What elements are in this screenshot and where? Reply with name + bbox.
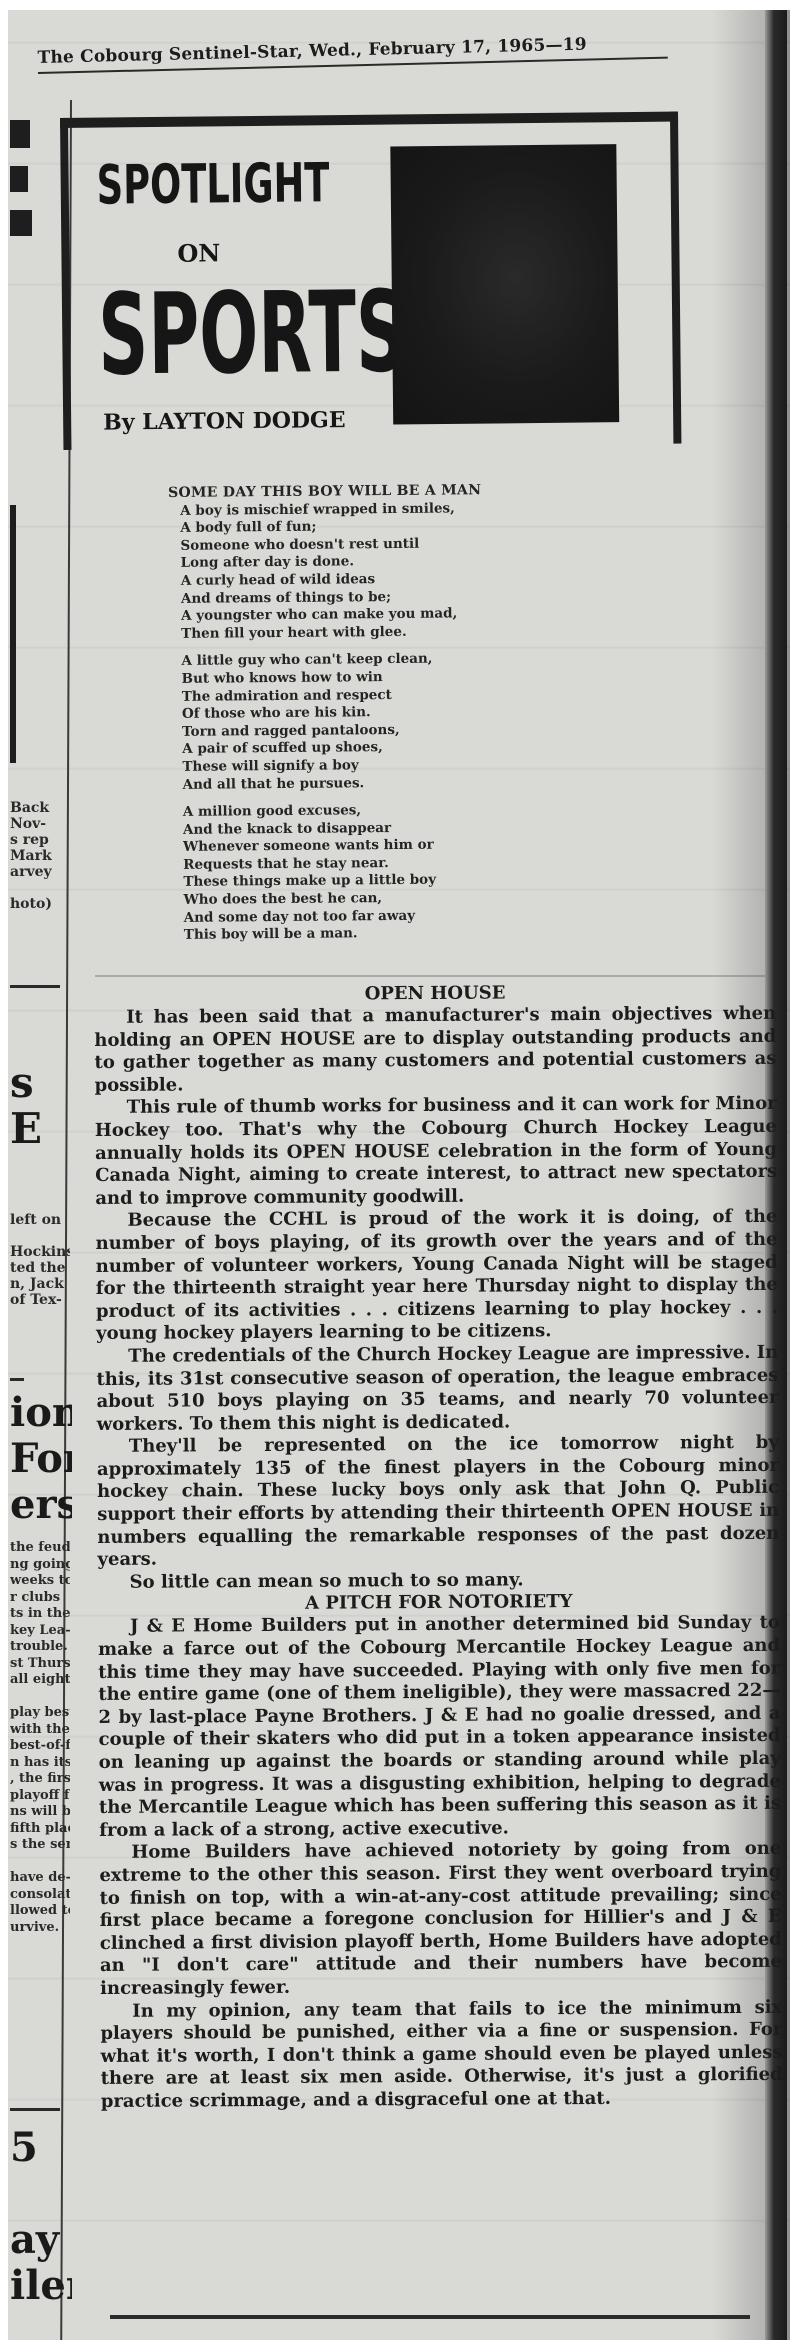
article-paragraph: The credentials of the Church Hockey Lea… bbox=[96, 1342, 779, 1437]
poem-stanza: A million good excuses,And the knack to … bbox=[183, 800, 614, 944]
column-header-box: SPOTLIGHT ON SPORTS By LAYTON DODGE bbox=[60, 112, 681, 450]
section-divider bbox=[95, 975, 765, 977]
header-title-sports: SPORTS bbox=[98, 274, 407, 393]
article-paragraph: This rule of thumb works for business an… bbox=[95, 1093, 778, 1210]
poem: SOME DAY THIS BOY WILL BE A MAN A boy is… bbox=[170, 481, 614, 955]
header-title-spotlight: SPOTLIGHT bbox=[96, 155, 329, 213]
poem-stanza: A boy is mischief wrapped in smiles,A bo… bbox=[180, 499, 611, 643]
left-divider bbox=[10, 985, 60, 988]
column-end-rule bbox=[110, 2315, 750, 2319]
left-divider bbox=[10, 2108, 60, 2111]
article-paragraph: J & E Home Builders put in another deter… bbox=[98, 1612, 781, 1842]
header-title-on: ON bbox=[177, 238, 220, 267]
left-article-text-2: the feud- ng going weeks to r clubs ts i… bbox=[10, 1540, 70, 1936]
left-headline-1: s E bbox=[10, 1060, 72, 1152]
article-paragraph: Home Builders have achieved notoriety by… bbox=[99, 1838, 782, 2000]
left-headline-3: 5 ay iler bbox=[10, 2125, 72, 2309]
article-paragraph: In my opinion, any team that fails to ic… bbox=[100, 1996, 783, 2113]
article-paragraph: It has been said that a manufacturer's m… bbox=[94, 1003, 777, 1098]
columnist-photo bbox=[390, 144, 619, 424]
left-column-headline-fragment bbox=[10, 120, 32, 240]
byline: By LAYTON DODGE bbox=[103, 407, 346, 436]
poem-line: Then fill your heart with glee. bbox=[181, 622, 611, 643]
left-photo-caption: Back Nov- s rep Mark arvey hoto) bbox=[10, 800, 70, 912]
poem-line: And all that he pursues. bbox=[183, 773, 613, 794]
left-headline-2: ion For ers bbox=[10, 1390, 72, 1528]
article-paragraph: They'll be represented on the ice tomorr… bbox=[97, 1432, 780, 1572]
poem-stanza: A little guy who can't keep clean,But wh… bbox=[181, 649, 612, 793]
left-article-text-1: left on Hockins ted the n, Jack of Tex- bbox=[10, 1212, 70, 1308]
article-paragraph: Because the CCHL is proud of the work it… bbox=[95, 1206, 778, 1346]
left-divider bbox=[10, 1378, 24, 1381]
left-column-photo-edge bbox=[10, 505, 16, 763]
poem-line: This boy will be a man. bbox=[184, 923, 614, 944]
article-body: OPEN HOUSEIt has been said that a manufa… bbox=[94, 981, 783, 2114]
